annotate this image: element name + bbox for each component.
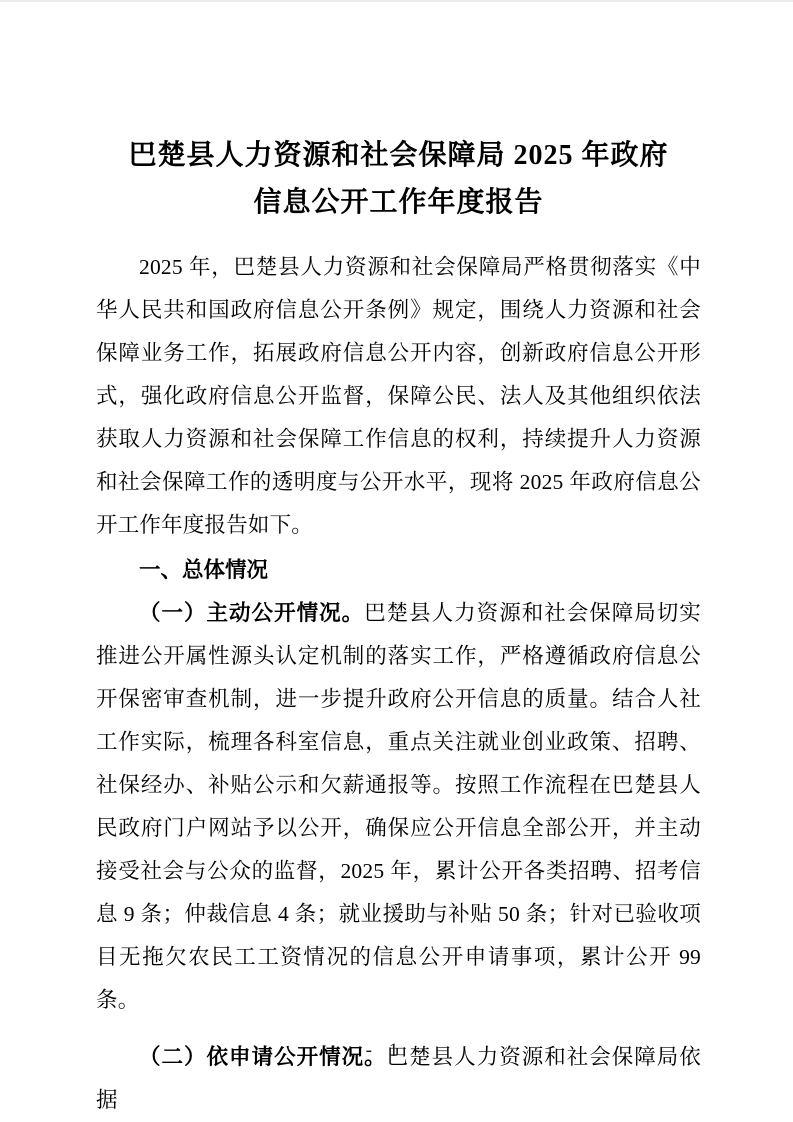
- page-footer: - 1 -: [0, 1040, 793, 1062]
- paragraph-lead-proactive-disclosure: （一）主动公开情况。: [139, 601, 364, 625]
- document-title-line-1: 巴楚县人力资源和社会保障局 2025 年政府: [96, 132, 701, 179]
- document-title: 巴楚县人力资源和社会保障局 2025 年政府 信息公开工作年度报告: [96, 132, 701, 226]
- paragraph-proactive-disclosure: （一）主动公开情况。巴楚县人力资源和社会保障局切实推进公开属性源头认定机制的落实…: [96, 592, 701, 1022]
- intro-paragraph: 2025 年，巴楚县人力资源和社会保障局严格贯彻落实《中华人民共和国政府信息公开…: [96, 246, 701, 547]
- page-number: - 1 -: [366, 1040, 428, 1061]
- document-page: 巴楚县人力资源和社会保障局 2025 年政府 信息公开工作年度报告 2025 年…: [0, 0, 793, 1122]
- section-heading-overall-situation: 一、总体情况: [96, 549, 701, 592]
- document-content: 巴楚县人力资源和社会保障局 2025 年政府 信息公开工作年度报告 2025 年…: [96, 132, 701, 1122]
- document-title-line-2: 信息公开工作年度报告: [96, 179, 701, 226]
- paragraph-body-proactive-disclosure: 巴楚县人力资源和社会保障局切实推进公开属性源头认定机制的落实工作，严格遵循政府信…: [96, 601, 701, 1012]
